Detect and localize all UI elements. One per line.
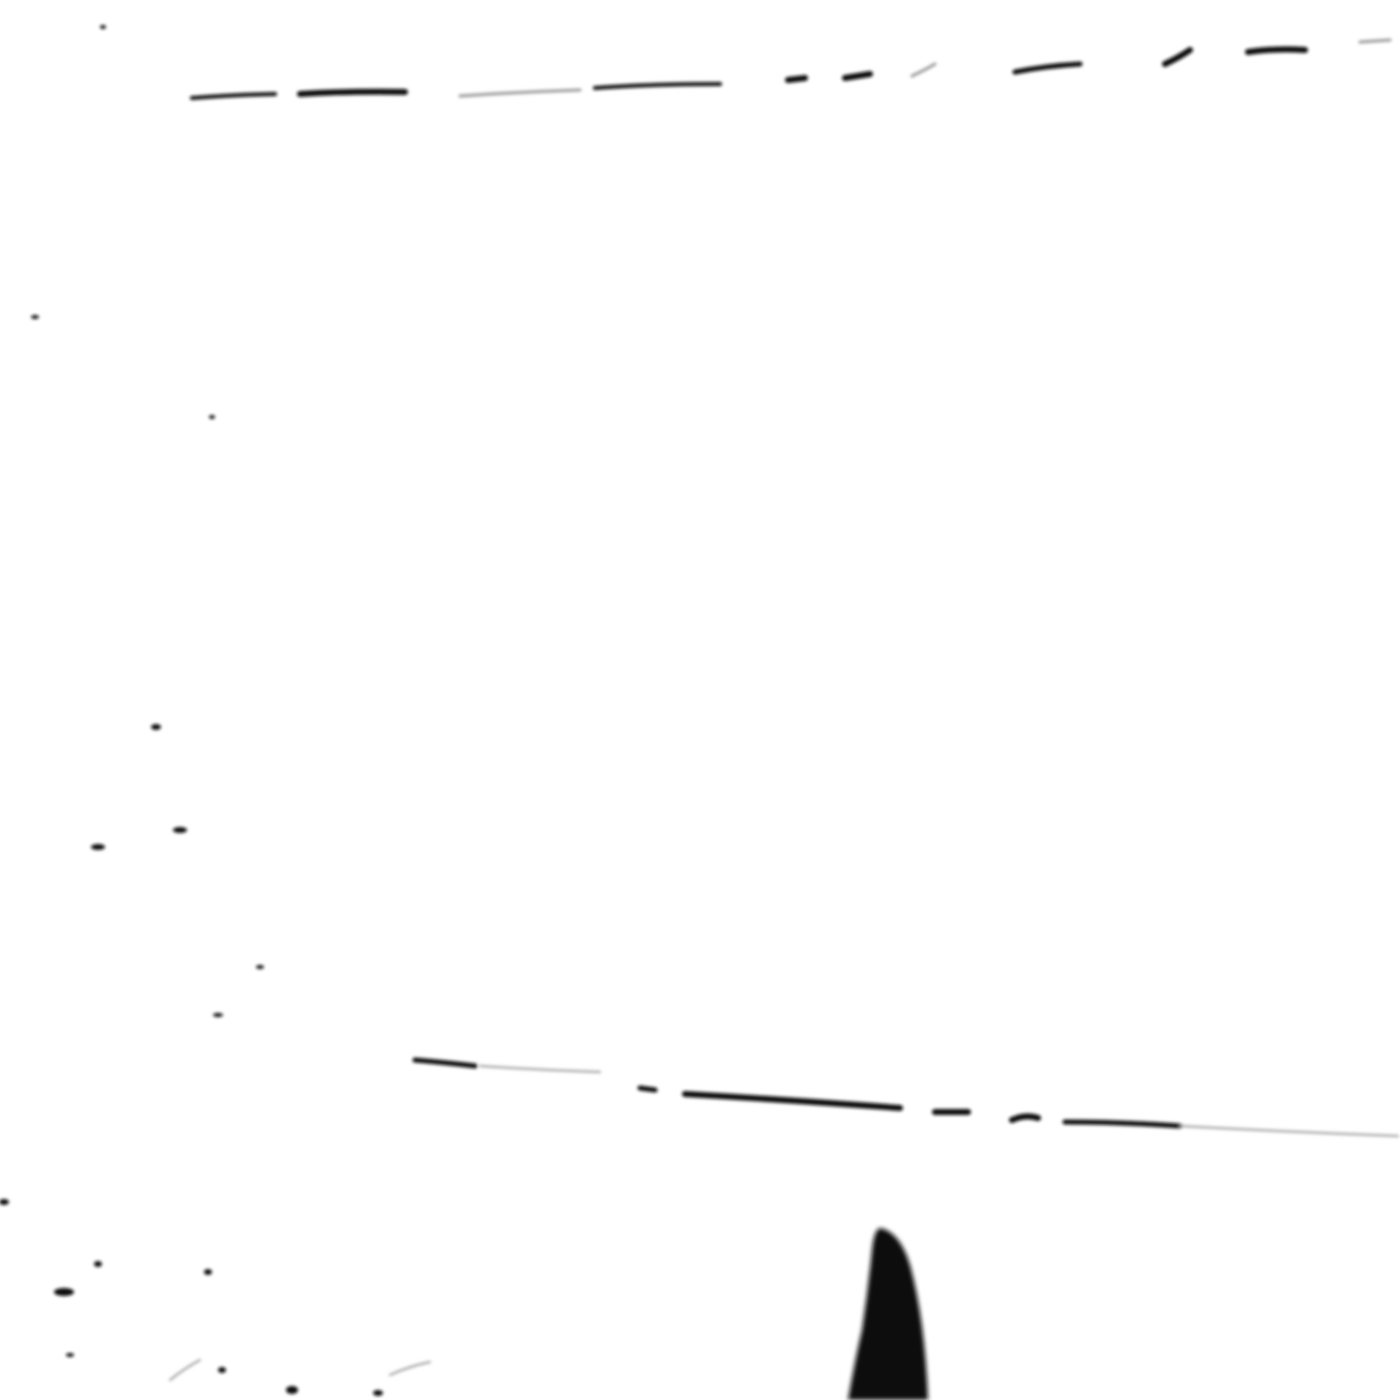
photo-frame: High-contrast, nearly white photograph w…	[0, 0, 1400, 1400]
photo-canvas	[0, 0, 1400, 1400]
background	[0, 0, 1400, 1400]
